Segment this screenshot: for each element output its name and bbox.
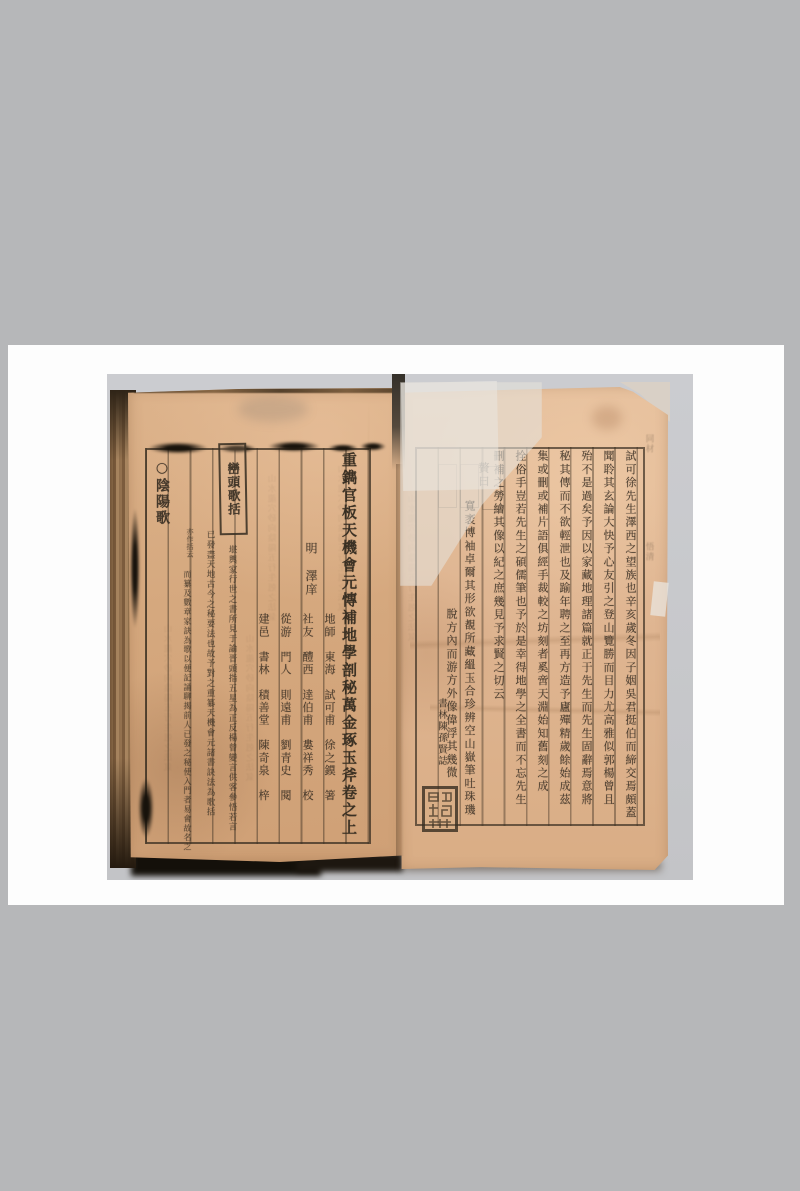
preface-column-1: 試可徐先生澤西之望族也辛亥歲冬因子姻吳君挺伯而締交焉頗蓋 [622,450,638,820]
ring-stain [592,406,622,430]
era-note-column: 明 澤庠 [303,542,320,596]
colophon-signature: 書林陳孫賢誌 [434,698,448,767]
preface-column-2: 聞聆其玄論大快予心友引之登山覽勝而目力尤高雅似郭楊曾且 [600,450,616,806]
ink-blotch [148,442,208,454]
screenshot-canvas: 重鐫官板天機會元慱補地學剖秘萬金琢玉斧卷之上 明 澤庠 地師 東海 試可甫 徐之… [0,0,800,1191]
preface-column-6: 拴俗手豈若先生之碩儒筆也予於是幸得地學之全書而不忘先生 [512,450,528,806]
preface-column-4: 秘其傳而不欲輕泄也及踰年聘之至再方造予廬殫精歲餘始成茲 [556,450,572,806]
ink-blotch [130,508,140,628]
bleedthrough-text: 山水龍穴砂向陰陽五行生剋之法氣 [163,624,175,773]
section-header-box: 巒頭歌括 [218,443,248,535]
smudge-stain [238,396,308,422]
credit-column-reviewer: 從游 門人 則遠甫 劉青史 閱 [277,613,293,802]
section-title-column: ○陰陽歌 [152,460,172,526]
margin-fragment: 悟清 [643,542,655,562]
small-text-column: 而纂及數章家訣為歌以便記誦聊揭前人已發之秘使入門者易會故名之 [182,570,193,852]
preface-column-5: 集或刪或補片語俱經手裁較之坊刻者奚啻天淵始知舊刻之成 [534,450,550,793]
section-header-label: 巒頭歌括 [224,462,243,516]
colophon-seal-stamp [422,786,458,832]
credit-column-author: 地師 東海 試可甫 徐之鏌 箸 [321,613,337,802]
book-photograph: 重鐫官板天機會元慱補地學剖秘萬金琢玉斧卷之上 明 澤庠 地師 東海 試可甫 徐之… [107,374,693,880]
credit-column-collator: 社友 醴西 逹伯甫 婁祥秀 校 [299,613,315,802]
torn-top-edge [134,388,400,393]
preface-verse-column-1: 寬袤博袖卓爾其形欲覩所藏縕玉合珍辨空山嶽筆吐珠璣 [461,500,477,817]
ink-blotch [138,778,154,838]
small-text-column: 已發盡天地古今之秘要法也故予對之重纂天機會元諸書訣法為歌括 [204,530,216,817]
preface-column-3: 殆不是過矣予因以家藏地理諸篇就正于先生而先生固辭焉意將 [578,450,594,806]
ink-blotch [328,444,358,452]
credit-column-publisher: 建邑 書林 積善堂 陳奇泉 梓 [255,613,271,802]
bleedthrough-text: 山水龍穴砂向陰陽五行生剋之法氣 [337,464,349,613]
margin-fragment: 同材 [643,434,655,454]
bleedthrough-text: 山水龍穴砂向陰陽五行生剋之法氣 [267,474,279,623]
bleedthrough-text: 山水龍穴砂向陰陽五行生剋之法氣 [245,634,257,783]
ink-blotch [268,441,320,452]
small-text-column: 堪輿家行世之書所見于諭晋頭指五星為正反楊曾變言供客參悟若言 [226,545,238,832]
section-note: 亦作括云 [185,528,195,558]
ink-blotch [360,442,386,451]
